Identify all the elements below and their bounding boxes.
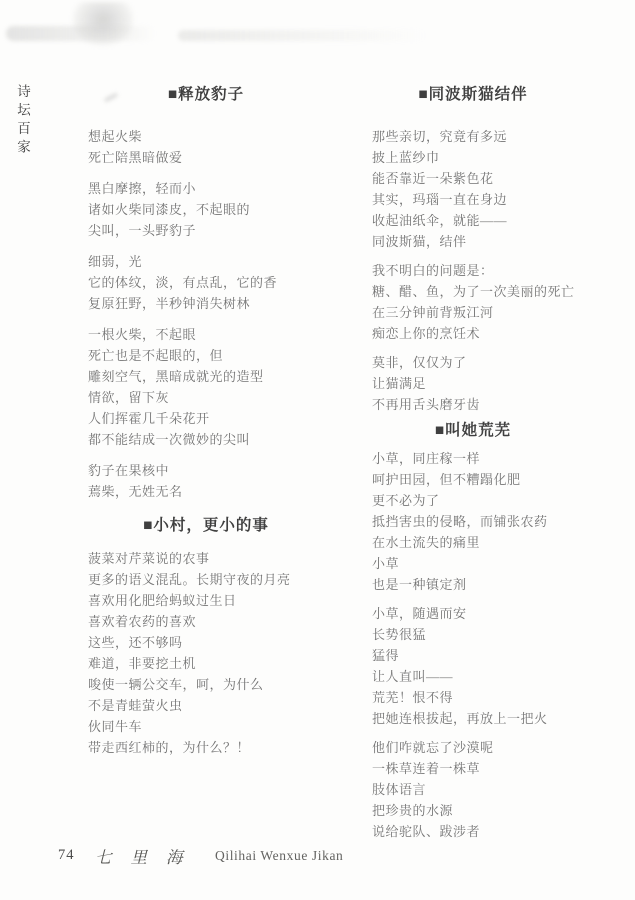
poem-line: 想起火柴 [88, 126, 324, 147]
stanza: 菠菜对芹菜说的农事更多的语义混乱。长期守夜的月亮喜欢用化肥给蚂蚁过生日喜欢着农药… [88, 548, 324, 758]
stanza: 小草，随遇而安长势很猛猛得让人直叫——荒芜！恨不得把她连根拔起，再放上一把火 [372, 603, 622, 729]
poem-line: 那些亲切，究竟有多远 [372, 126, 622, 147]
poem-small-village: ■小村，更小的事 菠菜对芹菜说的农事更多的语义混乱。长期守夜的月亮喜欢用化肥给蚂… [88, 515, 324, 758]
poem-line: 尖叫，一头野豹子 [88, 220, 324, 241]
poem-line: 小草，同庄稼一样 [372, 448, 622, 469]
stanza: 细弱，光它的体纹，淡，有点乱，它的香复原狂野，半秒钟消失树林 [88, 251, 324, 314]
poem-line: 其实，玛瑙一直在身边 [372, 189, 622, 210]
poem-title: ■小村，更小的事 [88, 515, 324, 536]
poem-line: 抵挡害虫的侵略，而铺张农药 [372, 511, 622, 532]
page-number: 74 [58, 847, 75, 864]
poem-line: 莫非，仅仅为了 [372, 352, 622, 373]
poem-title: ■叫她荒芜 [372, 420, 574, 441]
stanza: 一根火柴，不起眼死亡也是不起眼的，但雕刻空气，黑暗成就光的造型情欲，留下灰人们挥… [88, 324, 324, 450]
poem-body: 那些亲切，究竟有多远披上蓝纱巾能否靠近一朵紫色花其实，玛瑙一直在身边收起油纸伞，… [372, 126, 622, 415]
poem-line: 长势很猛 [372, 624, 622, 645]
left-column: ■释放豹子 想起火柴死亡陪黑暗做爱黑白摩擦，轻而小诸如火柴同漆皮，不起眼的尖叫，… [88, 84, 324, 758]
poem-line: 细弱，光 [88, 251, 324, 272]
stanza: 他们咋就忘了沙漠呢一株草连着一株草肢体语言把珍贵的水源说给驼队、跋涉者 [372, 737, 622, 842]
page-footer: 74 七里海 Qilihai Wenxue Jikan [0, 847, 635, 869]
poem-line: 更多的语义混乱。长期守夜的月亮 [88, 569, 324, 590]
poem-line: 收起油纸伞，就能—— [372, 210, 622, 231]
poem-call-her-barren: ■叫她荒芜 小草，同庄稼一样呵护田园，但不糟蹋化肥更不必为了抵挡害虫的侵略，而铺… [372, 420, 622, 842]
poem-line: 人们挥霍几千朵花开 [88, 408, 324, 429]
poem-body: 菠菜对芹菜说的农事更多的语义混乱。长期守夜的月亮喜欢用化肥给蚂蚁过生日喜欢着农药… [88, 548, 324, 758]
poem-line: 死亡也是不起眼的，但 [88, 345, 324, 366]
poem-line: 蔫柴，无姓无名 [88, 481, 324, 502]
poem-line: 雕刻空气，黑暗成就光的造型 [88, 366, 324, 387]
poem-line: 死亡陪黑暗做爱 [88, 147, 324, 168]
stanza: 小草，同庄稼一样呵护田园，但不糟蹋化肥更不必为了抵挡害虫的侵略，而铺张农药在水土… [372, 448, 622, 595]
right-column: ■同波斯猫结伴 那些亲切，究竟有多远披上蓝纱巾能否靠近一朵紫色花其实，玛瑙一直在… [372, 84, 622, 842]
poem-line: 我不明白的问题是： [372, 260, 622, 281]
poem-line: 菠菜对芹菜说的农事 [88, 548, 324, 569]
poem-line: 喜欢着农药的喜欢 [88, 611, 324, 632]
stanza: 莫非，仅仅为了让猫满足不再用舌头磨牙齿 [372, 352, 622, 415]
poem-line: 让猫满足 [372, 373, 622, 394]
poem-line: 肢体语言 [372, 779, 622, 800]
poem-line: 诸如火柴同漆皮，不起眼的 [88, 199, 324, 220]
poem-line: 在水土流失的痛里 [372, 532, 622, 553]
scan-smudge [6, 26, 156, 41]
poem-line: 这些，还不够吗 [88, 632, 324, 653]
poem-body: 小草，同庄稼一样呵护田园，但不糟蹋化肥更不必为了抵挡害虫的侵略，而铺张农药在水土… [372, 448, 622, 842]
poem-line: 黑白摩擦，轻而小 [88, 178, 324, 199]
poem-line: 也是一种镇定剂 [372, 574, 622, 595]
poem-line: 豹子在果核中 [88, 460, 324, 481]
poem-title: ■同波斯猫结伴 [372, 84, 574, 105]
poem-line: 猛得 [372, 645, 622, 666]
poem-line: 说给驼队、跋涉者 [372, 821, 622, 842]
poem-line: 难道，非要挖土机 [88, 653, 324, 674]
stanza: 黑白摩擦，轻而小诸如火柴同漆皮，不起眼的尖叫，一头野豹子 [88, 178, 324, 241]
poem-line: 更不必为了 [372, 490, 622, 511]
poem-line: 同波斯猫，结伴 [372, 231, 622, 252]
poem-line: 不是青蛙萤火虫 [88, 695, 324, 716]
poem-line: 糖、醋、鱼，为了一次美丽的死亡 [372, 281, 622, 302]
poem-line: 带走西红柿的，为什么？！ [88, 737, 324, 758]
poem-line: 小草，随遇而安 [372, 603, 622, 624]
section-label-vertical: 诗坛百家 [12, 84, 32, 158]
poem-line: 不再用舌头磨牙齿 [372, 394, 622, 415]
poem-line: 让人直叫—— [372, 666, 622, 687]
poem-line: 荒芜！恨不得 [372, 687, 622, 708]
poem-body: 想起火柴死亡陪黑暗做爱黑白摩擦，轻而小诸如火柴同漆皮，不起眼的尖叫，一头野豹子细… [88, 126, 324, 502]
poem-line: 痴恋上你的烹饪术 [372, 323, 622, 344]
poem-persian-cat: ■同波斯猫结伴 那些亲切，究竟有多远披上蓝纱巾能否靠近一朵紫色花其实，玛瑙一直在… [372, 84, 622, 415]
journal-title-chinese: 七里海 [95, 844, 202, 868]
poem-line: 唆使一辆公交车，呵，为什么 [88, 674, 324, 695]
poem-line: 一根火柴，不起眼 [88, 324, 324, 345]
poem-line: 披上蓝纱巾 [372, 147, 622, 168]
poem-line: 小草 [372, 553, 622, 574]
poem-line: 能否靠近一朵紫色花 [372, 168, 622, 189]
poem-line: 情欲，留下灰 [88, 387, 324, 408]
stanza: 我不明白的问题是：糖、醋、鱼，为了一次美丽的死亡在三分钟前背叛江河痴恋上你的烹饪… [372, 260, 622, 344]
poem-line: 伙同牛车 [88, 716, 324, 737]
poem-line: 一株草连着一株草 [372, 758, 622, 779]
poem-line: 把珍贵的水源 [372, 800, 622, 821]
poem-line: 呵护田园，但不糟蹋化肥 [372, 469, 622, 490]
scan-smudge [178, 30, 426, 41]
poem-line: 都不能结成一次微妙的尖叫 [88, 429, 324, 450]
magazine-page: 诗坛百家 ■释放豹子 想起火柴死亡陪黑暗做爱黑白摩擦，轻而小诸如火柴同漆皮，不起… [0, 0, 635, 900]
poem-line: 在三分钟前背叛江河 [372, 302, 622, 323]
poem-title: ■释放豹子 [88, 84, 324, 105]
stanza: 想起火柴死亡陪黑暗做爱 [88, 126, 324, 168]
poem-release-leopard: ■释放豹子 想起火柴死亡陪黑暗做爱黑白摩擦，轻而小诸如火柴同漆皮，不起眼的尖叫，… [88, 84, 324, 502]
poem-line: 复原狂野，半秒钟消失树林 [88, 293, 324, 314]
journal-title-pinyin: Qilihai Wenxue Jikan [215, 848, 343, 864]
poem-line: 把她连根拔起，再放上一把火 [372, 708, 622, 729]
scan-smudge [72, 2, 134, 46]
poem-line: 它的体纹，淡，有点乱，它的香 [88, 272, 324, 293]
poem-line: 他们咋就忘了沙漠呢 [372, 737, 622, 758]
poem-line: 喜欢用化肥给蚂蚁过生日 [88, 590, 324, 611]
stanza: 那些亲切，究竟有多远披上蓝纱巾能否靠近一朵紫色花其实，玛瑙一直在身边收起油纸伞，… [372, 126, 622, 252]
stanza: 豹子在果核中蔫柴，无姓无名 [88, 460, 324, 502]
